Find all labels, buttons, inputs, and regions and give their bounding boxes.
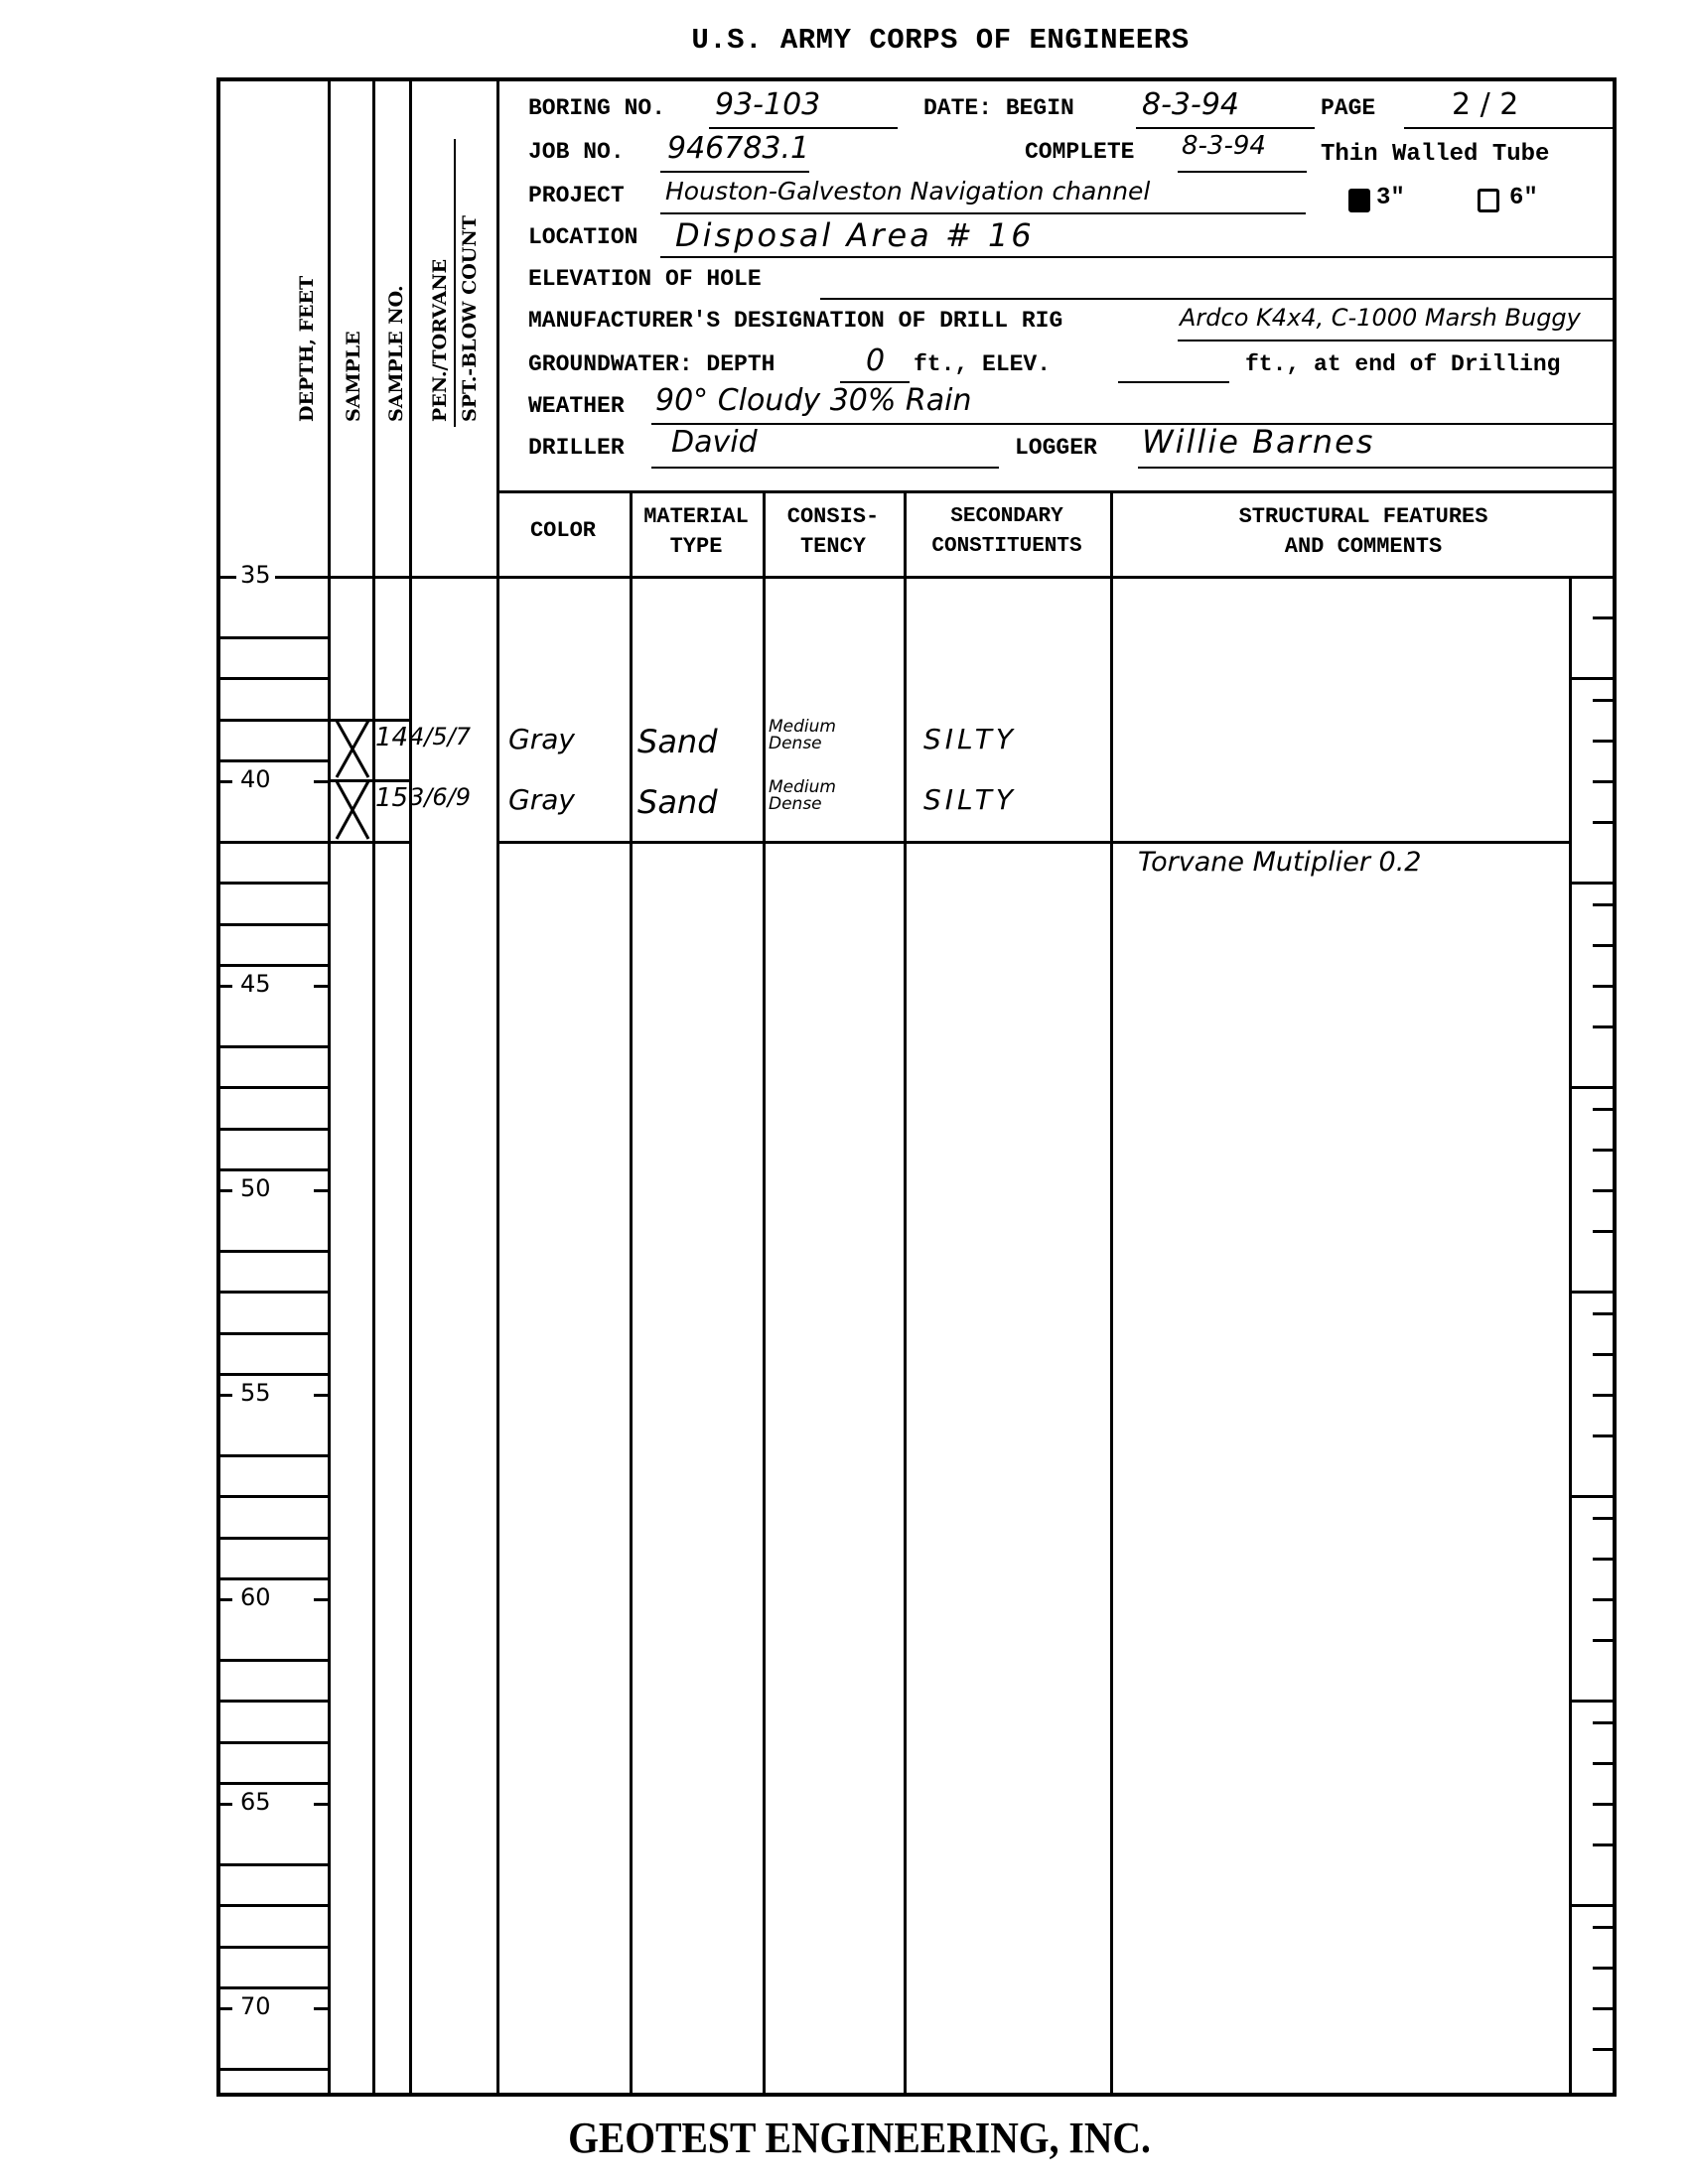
- depth-gridline: [216, 2068, 330, 2071]
- soil-color: Gray: [508, 723, 575, 755]
- page-label: PAGE: [1321, 95, 1375, 121]
- depth-gridline: [216, 923, 330, 926]
- consistency-column-header: CONSIS-TENCY: [763, 502, 904, 562]
- ruler-tick: [1593, 1843, 1615, 1846]
- depth-label: 65: [236, 1788, 275, 1816]
- depth-gridline: [216, 677, 330, 680]
- spt-blow-count-column-header: SPT.-BLOW COUNT: [459, 215, 481, 422]
- ruler-gridline: [1569, 882, 1615, 885]
- groundwater-elev-label: ft., ELEV.: [914, 351, 1051, 377]
- ruler-tick: [1593, 1394, 1615, 1397]
- ruler-tick: [1593, 1926, 1615, 1929]
- depth-gridline: [216, 1373, 330, 1376]
- field-underline: [1178, 340, 1615, 341]
- tube-6in-label: 6": [1509, 185, 1538, 211]
- depth-tick: [220, 2007, 232, 2010]
- weather-value[interactable]: 90° Cloudy 30% Rain: [655, 383, 972, 418]
- depth-gridline: [216, 1454, 330, 1457]
- ruler-tick: [1593, 616, 1615, 619]
- drill-rig-value[interactable]: Ardco K4x4, C-1000 Marsh Buggy: [1180, 304, 1581, 332]
- sample-no: 15: [375, 783, 408, 813]
- field-underline: [651, 467, 999, 469]
- boring-log-form: [216, 77, 1617, 2097]
- ruler-tick: [1593, 1108, 1615, 1111]
- blow-count: 3/6/9: [409, 783, 471, 811]
- pen-torvane-column-header: PEN./TORVANE: [429, 259, 451, 422]
- secondary-constituent: SILTY: [923, 723, 1017, 755]
- field-underline: [1136, 127, 1315, 129]
- company-footer: GEOTEST ENGINEERING, INC.: [84, 2113, 1608, 2163]
- ruler-tick: [1593, 780, 1615, 783]
- divider: [496, 79, 499, 2095]
- depth-gridline: [216, 1537, 330, 1540]
- job-no-label: JOB NO.: [528, 139, 625, 165]
- depth-gridline: [216, 719, 330, 722]
- ruler-tick: [1593, 1517, 1615, 1520]
- depth-tick: [314, 1598, 328, 1601]
- color-column-header: COLOR: [496, 516, 630, 546]
- depth-gridline: [216, 1782, 330, 1785]
- field-underline: [1404, 127, 1613, 129]
- depth-gridline: [216, 1659, 330, 1662]
- depth-gridline: [216, 1863, 330, 1866]
- divider: [409, 79, 412, 2095]
- ruler-tick: [1593, 2007, 1615, 2010]
- ruler-tick: [1593, 1762, 1615, 1765]
- consistency: Medium Dense: [769, 719, 868, 752]
- depth-gridline: [216, 1291, 330, 1294]
- depth-gridline: [216, 1904, 330, 1907]
- ruler-tick: [1593, 576, 1615, 579]
- depth-label: 45: [236, 970, 275, 998]
- logger-value[interactable]: Willie Barnes: [1142, 423, 1374, 461]
- depth-gridline: [216, 964, 330, 967]
- depth-tick: [314, 1394, 328, 1397]
- depth-gridline: [216, 1168, 330, 1171]
- depth-gridline: [216, 636, 330, 639]
- ruler-tick: [1593, 1025, 1615, 1028]
- consistency: Medium Dense: [769, 779, 868, 813]
- ruler-gridline: [1569, 1495, 1615, 1498]
- date-begin-label: DATE: BEGIN: [923, 95, 1074, 121]
- soil-color: Gray: [508, 783, 575, 816]
- ruler-tick: [1593, 1189, 1615, 1192]
- driller-value[interactable]: David: [671, 425, 758, 460]
- depth-tick: [314, 576, 328, 579]
- depth-gridline: [216, 1700, 330, 1703]
- divider: [904, 490, 907, 2095]
- tube-type-label: Thin Walled Tube: [1321, 141, 1549, 168]
- depth-gridline: [216, 1332, 330, 1335]
- ruler-gridline: [1569, 1086, 1615, 1089]
- depth-tick: [220, 1803, 232, 1806]
- field-underline: [651, 423, 1615, 425]
- depth-tick: [314, 780, 328, 783]
- groundwater-depth-label: GROUNDWATER: DEPTH: [528, 351, 775, 377]
- field-underline: [709, 127, 898, 129]
- depth-gridline: [216, 1495, 330, 1498]
- sample-no: 14: [375, 723, 408, 752]
- divider: [216, 576, 1617, 579]
- depth-gridline: [216, 1086, 330, 1089]
- depth-column-header: DEPTH, FEET: [296, 276, 318, 422]
- ruler-tick: [1593, 1558, 1615, 1561]
- ruler-tick: [1593, 944, 1615, 947]
- ruler-gridline: [1569, 677, 1615, 680]
- secondary-constituent: SILTY: [923, 783, 1017, 816]
- depth-tick: [314, 985, 328, 988]
- agency-title: U.S. ARMY CORPS OF ENGINEERS: [0, 24, 1692, 57]
- material-type: Sand: [637, 723, 718, 760]
- ruler-tick: [1593, 699, 1615, 702]
- ruler-tick: [1593, 903, 1615, 906]
- depth-tick: [220, 780, 232, 783]
- field-underline: [660, 212, 1306, 214]
- drill-rig-label: MANUFACTURER'S DESIGNATION OF DRILL RIG: [528, 308, 1062, 334]
- ruler-tick: [1593, 1434, 1615, 1437]
- divider: [372, 79, 375, 2095]
- tube-3in-label: 3": [1376, 185, 1405, 211]
- ruler-tick: [1593, 1312, 1615, 1315]
- ruler-tick: [1593, 1967, 1615, 1970]
- groundwater-depth-value[interactable]: 0: [866, 343, 885, 378]
- ruler-tick: [1593, 2048, 1615, 2051]
- depth-tick: [220, 1189, 232, 1192]
- logger-label: LOGGER: [1015, 435, 1097, 461]
- end-of-drilling-label: ft., at end of Drilling: [1245, 351, 1560, 377]
- ruler-tick: [1593, 1149, 1615, 1152]
- divider: [630, 490, 633, 2095]
- boring-no-label: BORING NO.: [528, 95, 665, 121]
- tube-6in-checkbox[interactable]: [1478, 189, 1499, 212]
- ruler-tick: [1593, 985, 1615, 988]
- depth-gridline: [216, 1045, 330, 1048]
- header-fraction-line: [454, 139, 456, 427]
- field-underline: [660, 171, 809, 173]
- depth-gridline: [216, 1577, 330, 1580]
- boring-no-value[interactable]: 93-103: [715, 87, 820, 122]
- field-underline: [820, 298, 1615, 300]
- secondary-constituents-column-header: SECONDARYCONSTITUENTS: [904, 502, 1110, 562]
- depth-tick: [220, 1598, 232, 1601]
- sample-x-marker: [331, 719, 372, 779]
- field-underline: [1138, 467, 1615, 469]
- depth-label: 60: [236, 1583, 275, 1611]
- date-begin-value[interactable]: 8-3-94: [1142, 87, 1239, 122]
- depth-gridline: [216, 1946, 330, 1949]
- ruler-tick: [1593, 821, 1615, 824]
- depth-tick: [314, 2007, 328, 2010]
- depth-gridline: [216, 841, 330, 844]
- sample-row-border: [330, 841, 409, 844]
- ruler-gridline: [1569, 1291, 1615, 1294]
- material-type: Sand: [637, 783, 718, 821]
- depth-label: 70: [236, 1992, 275, 2020]
- elevation-label: ELEVATION OF HOLE: [528, 266, 762, 292]
- depth-tick: [314, 1189, 328, 1192]
- project-label: PROJECT: [528, 183, 625, 208]
- depth-label: 35: [236, 561, 275, 589]
- depth-gridline: [216, 759, 330, 762]
- location-label: LOCATION: [528, 224, 637, 250]
- divider: [496, 490, 1617, 493]
- ruler-tick: [1593, 740, 1615, 743]
- ruler-tick: [1593, 1803, 1615, 1806]
- ruler-gridline: [1569, 1904, 1615, 1907]
- depth-label: 50: [236, 1174, 275, 1202]
- project-value[interactable]: Houston-Galveston Navigation channel: [665, 177, 1150, 205]
- layer-boundary: [496, 841, 1569, 844]
- weather-label: WEATHER: [528, 393, 625, 419]
- depth-gridline: [216, 1128, 330, 1131]
- blow-count: 4/5/7: [409, 723, 471, 751]
- depth-gridline: [216, 1986, 330, 1989]
- page-value[interactable]: 2 / 2: [1452, 87, 1518, 122]
- depth-gridline: [216, 1250, 330, 1253]
- depth-label: 40: [236, 765, 275, 793]
- depth-tick: [220, 1394, 232, 1397]
- job-no-value[interactable]: 946783.1: [667, 131, 809, 166]
- ruler-tick: [1593, 1639, 1615, 1642]
- divider: [763, 490, 766, 2095]
- date-complete-label: COMPLETE: [1025, 139, 1134, 165]
- depth-tick: [314, 1803, 328, 1806]
- field-underline: [1178, 171, 1307, 173]
- ruler-tick: [1593, 1353, 1615, 1356]
- comment-text: Torvane Mutiplier 0.2: [1138, 847, 1421, 878]
- driller-label: DRILLER: [528, 435, 625, 461]
- sample-x-marker: [331, 779, 372, 841]
- sample-column-header: SAMPLE: [343, 331, 364, 422]
- location-value[interactable]: Disposal Area # 16: [675, 216, 1035, 254]
- depth-tick: [220, 576, 232, 579]
- depth-label: 55: [236, 1379, 275, 1407]
- ruler-tick: [1593, 1598, 1615, 1601]
- divider: [1569, 576, 1572, 2095]
- field-underline: [660, 256, 1614, 258]
- ruler-gridline: [1569, 1700, 1615, 1703]
- depth-gridline: [216, 882, 330, 885]
- depth-tick: [220, 985, 232, 988]
- date-complete-value[interactable]: 8-3-94: [1182, 131, 1266, 161]
- structural-features-column-header: STRUCTURAL FEATURESAND COMMENTS: [1110, 502, 1617, 562]
- field-underline: [1118, 381, 1229, 383]
- material-type-column-header: MATERIALTYPE: [630, 502, 763, 562]
- ruler-tick: [1593, 1230, 1615, 1233]
- sample-no-column-header: SAMPLE NO.: [385, 285, 407, 422]
- depth-gridline: [216, 1741, 330, 1744]
- tube-3in-checkbox[interactable]: [1348, 189, 1370, 212]
- ruler-tick: [1593, 1721, 1615, 1724]
- divider: [1110, 490, 1113, 2095]
